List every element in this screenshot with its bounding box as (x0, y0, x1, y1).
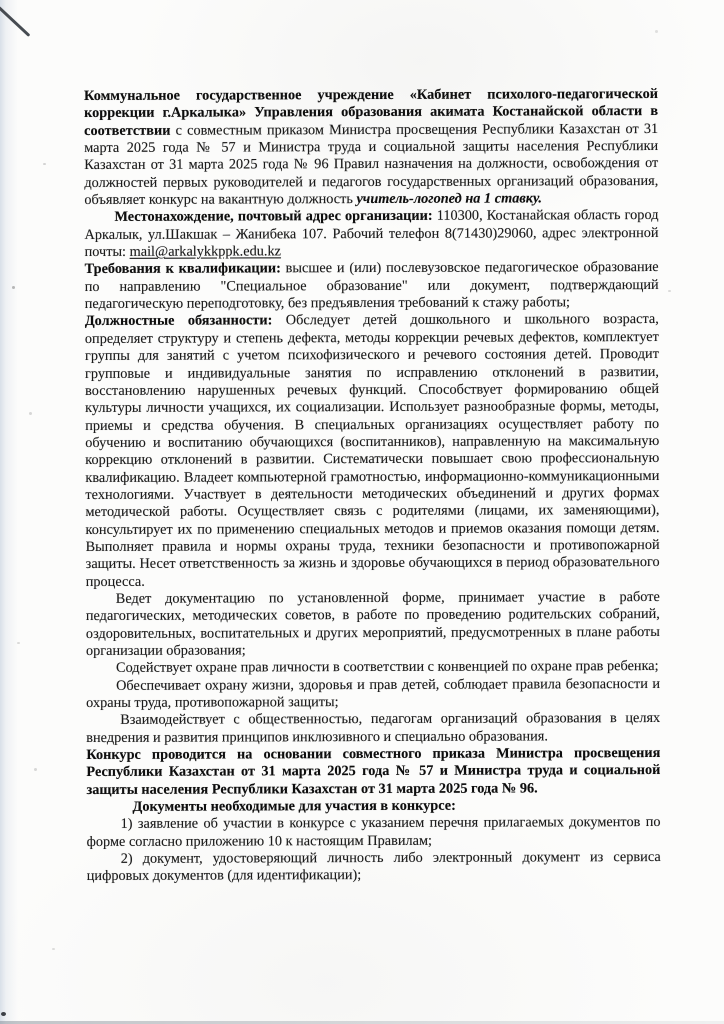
duties-paragraph: Должностные обязанности: Обследует детей… (85, 311, 660, 591)
scan-speck (43, 163, 46, 165)
duties-community-paragraph: Взаимодействует с общественностью, педаг… (86, 710, 660, 747)
location-label: Местонахождение, почтовый адрес организа… (114, 208, 432, 225)
document-body: Коммунальное государственное учреждение … (84, 86, 661, 886)
scan-speck (34, 768, 37, 771)
duties-safety-paragraph: Обеспечивает охрану жизни, здоровья и пр… (86, 676, 660, 713)
duties-rights-paragraph: Содействует охране прав личности в соотв… (86, 658, 660, 677)
scan-speck (17, 642, 20, 644)
scan-corner-dot-artifact (1, 1012, 6, 1016)
document-item-2: 2) документ, удостоверяющий личность либ… (87, 849, 661, 886)
document-item-1: 1) заявление об участии в конкурсе с ука… (87, 814, 661, 851)
intro-paragraph: Коммунальное государственное учреждение … (84, 86, 658, 209)
qualification-paragraph: Требования к квалификации: высшее и (или… (85, 259, 659, 313)
scan-speck (52, 948, 55, 950)
scan-speck (655, 30, 658, 33)
scanned-document-page: Коммунальное государственное учреждение … (0, 0, 724, 1024)
organization-email: mail@arkalykkppk.edu.kz (130, 243, 281, 260)
vacancy-position-text: учитель-логопед на 1 ставку. (356, 190, 542, 207)
scan-corner-line-artifact (0, 6, 30, 37)
duties-label: Должностные обязанности: (85, 313, 273, 330)
scan-speck (12, 286, 15, 289)
scan-speck (29, 412, 32, 415)
duties-body: Обследует детей дошкольного и школьного … (85, 311, 660, 589)
competition-basis-paragraph: Конкурс проводится на основании совместн… (86, 745, 660, 799)
scan-speck (668, 290, 671, 292)
qualification-label: Требования к квалификации: (85, 261, 281, 278)
location-paragraph: Местонахождение, почтовый адрес организа… (84, 207, 658, 261)
duties-documentation-paragraph: Ведет документацию по установленной форм… (86, 589, 660, 660)
page-edge-shadow (0, 0, 18, 1024)
documents-heading: Документы необходимые для участия в конк… (86, 797, 660, 816)
